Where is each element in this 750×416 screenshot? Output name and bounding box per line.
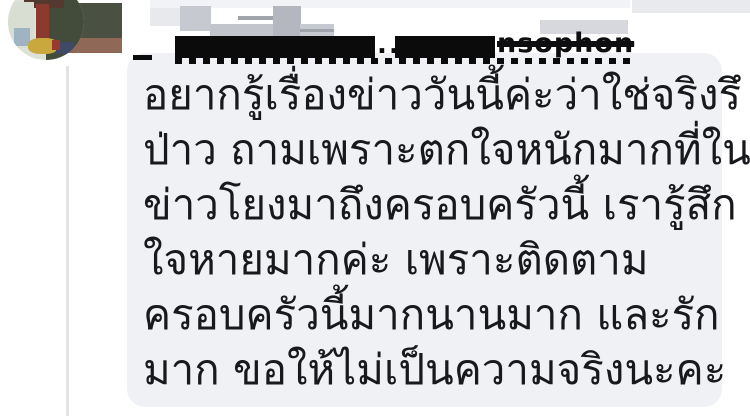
comment-text-line: มาก ขอให้ไม่เป็นความจริงนะคะ — [143, 342, 702, 397]
comment-text-line: ใจหายมากค่ะ เพราะติดตาม — [143, 232, 702, 287]
redaction-bar — [175, 36, 375, 58]
comment-text-line: ข่าวโยงมาถึงครอบครัวนี้ เรารู้สึก — [143, 177, 702, 232]
comment-bubble: อยากรู้เรื่องข่าววันนี้ค่ะว่าใช่จริงรึ ป… — [127, 53, 722, 407]
redaction-bar — [395, 36, 495, 58]
comment-screenshot: อยากรู้เรื่องข่าววันนี้ค่ะว่าใช่จริงรึ ป… — [0, 0, 750, 416]
comment-text-line: ครอบครัวนี้มากนานมาก และรัก — [143, 287, 702, 342]
redaction-mark — [133, 55, 152, 60]
author-name-redacted[interactable]: .. nsophon — [0, 0, 750, 66]
comment-text-line: อยากรู้เรื่องข่าววันนี้ค่ะว่าใช่จริงรึ — [143, 67, 702, 122]
comment-thread-line — [66, 66, 69, 416]
author-name-fragment: nsophon — [497, 28, 634, 59]
comment-text-line: ป่าว ถามเพราะตกใจหนักมากที่ใน — [143, 122, 702, 177]
